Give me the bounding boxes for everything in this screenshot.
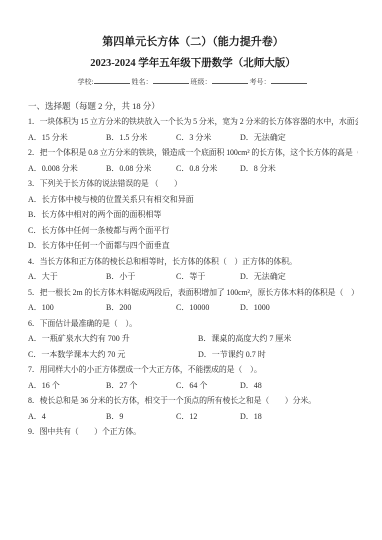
info-field-label-name: 姓名：: [131, 78, 152, 86]
option: D．一节课约 0.7 时: [198, 347, 348, 363]
option: B．小于: [106, 269, 176, 285]
info-blank-examno: [271, 75, 307, 84]
question: 4．当长方体和正方体的棱长总和相等时，长方体的体积（ ）正方体的体积。 A．大于…: [28, 254, 358, 285]
question-options: A．100B．200C．10000D．1000: [28, 300, 358, 316]
section-heading: 一、选择题（每题 2 分，共 18 分）: [28, 99, 358, 114]
option: A．4: [28, 409, 106, 425]
question-options: A．大于B．小于C．等于D．无法确定: [28, 269, 358, 285]
option: C．0.8 分米: [176, 161, 240, 177]
option: B．课桌的高度大约 7 厘米: [198, 331, 348, 347]
option: D．48: [240, 378, 358, 394]
question-stem: 8．棱长总和是 36 分米的长方体，相交于一个顶点的所有棱长之和是（ ）分米。: [28, 393, 358, 409]
option: C．长方体中任何一条棱都与两个面平行: [28, 223, 358, 239]
document-page: 第四单元长方体（二）（能力提升卷） 2023-2024 学年五年级下册数学（北师…: [0, 0, 382, 540]
option: A．15 分米: [28, 130, 106, 146]
question-options: A．0.008 分米B．0.08 分米C．0.8 分米D．8 分米: [28, 161, 358, 177]
question: 7．用同样大小的小正方体摆成一个大正方体，不能摆成的是（ ）。 A．16 个B．…: [28, 362, 358, 393]
option: D．无法确定: [240, 269, 358, 285]
question-stem: 7．用同样大小的小正方体摆成一个大正方体，不能摆成的是（ ）。: [28, 362, 358, 378]
option: B．9: [106, 409, 176, 425]
option: D．8 分米: [240, 161, 358, 177]
question: 2．把一个体积是 0.8 立方分米的铁块，锻造成一个底面积 100cm² 的长方…: [28, 145, 358, 176]
page-subtitle: 2023-2024 学年五年级下册数学（北师大版）: [28, 56, 358, 71]
option: A．长方体中棱与棱的位置关系只有相交和异面: [28, 192, 358, 208]
option: B．长方体中相对的两个面的面积相等: [28, 207, 358, 223]
page-title: 第四单元长方体（二）（能力提升卷）: [28, 34, 358, 50]
info-field-label-class: 班级：: [190, 78, 211, 86]
option: B．200: [106, 300, 176, 316]
question-stem: 1．一块体积为 15 立方分米的铁块放入一个长为 5 分米，宽为 2 分米的长方…: [28, 114, 358, 130]
student-info-line: 学校:姓名：班级：考号：: [28, 75, 358, 87]
question: 6．下面估计最准确的是（ ）。 A．一瓶矿泉水大约有 700 升B．课桌的高度大…: [28, 316, 358, 363]
option: D．1000: [240, 300, 358, 316]
option: C．64 个: [176, 378, 240, 394]
option: C．10000: [176, 300, 240, 316]
question-options: A．15 分米B．1.5 分米C．3 分米D．无法确定: [28, 130, 358, 146]
question-options: A．16 个B．27 个C．64 个D．48: [28, 378, 358, 394]
option: B．1.5 分米: [106, 130, 176, 146]
option: C．一本数学课本大约 70 元: [28, 347, 198, 363]
question-stem: 5．把一根长 2m 的长方体木料锯成两段后，表面积增加了 100cm²，原长方体…: [28, 285, 358, 301]
option: B．27 个: [106, 378, 176, 394]
option: A．100: [28, 300, 106, 316]
option: D．长方体中任何一个面都与四个面垂直: [28, 238, 358, 254]
option: A．大于: [28, 269, 106, 285]
question-stem: 3．下列关于长方体的说法错误的是 （ ）: [28, 176, 358, 192]
option: C．12: [176, 409, 240, 425]
question-options: A．4B．9C．12D．18: [28, 409, 358, 425]
question: 8．棱长总和是 36 分米的长方体，相交于一个顶点的所有棱长之和是（ ）分米。 …: [28, 393, 358, 424]
question-stem: 6．下面估计最准确的是（ ）。: [28, 316, 358, 332]
page-content: 第四单元长方体（二）（能力提升卷） 2023-2024 学年五年级下册数学（北师…: [0, 0, 382, 440]
option: A．0.008 分米: [28, 161, 106, 177]
option: A．一瓶矿泉水大约有 700 升: [28, 331, 198, 347]
option: C．等于: [176, 269, 240, 285]
question-stem: 4．当长方体和正方体的棱长总和相等时，长方体的体积（ ）正方体的体积。: [28, 254, 358, 270]
option: D．无法确定: [240, 130, 358, 146]
option: C．3 分米: [176, 130, 240, 146]
info-field-label-school: 学校:: [78, 78, 94, 86]
option: A．16 个: [28, 378, 106, 394]
question: 5．把一根长 2m 的长方体木料锯成两段后，表面积增加了 100cm²，原长方体…: [28, 285, 358, 316]
question: 3．下列关于长方体的说法错误的是 （ ） A．长方体中棱与棱的位置关系只有相交和…: [28, 176, 358, 254]
question-list: 1．一块体积为 15 立方分米的铁块放入一个长为 5 分米，宽为 2 分米的长方…: [28, 114, 358, 440]
info-blank-school: [94, 75, 130, 84]
question-options: A．一瓶矿泉水大约有 700 升B．课桌的高度大约 7 厘米C．一本数学课本大约…: [28, 331, 358, 362]
question: 1．一块体积为 15 立方分米的铁块放入一个长为 5 分米，宽为 2 分米的长方…: [28, 114, 358, 145]
info-blank-name: [153, 75, 189, 84]
info-blank-class: [212, 75, 248, 84]
info-field-label-examno: 考号：: [249, 78, 270, 86]
question-stem: 9．图中共有（ ）个正方体。: [28, 424, 358, 440]
question-stem: 2．把一个体积是 0.8 立方分米的铁块，锻造成一个底面积 100cm² 的长方…: [28, 145, 358, 161]
question: 9．图中共有（ ）个正方体。: [28, 424, 358, 440]
option: B．0.08 分米: [106, 161, 176, 177]
question-options: A．长方体中棱与棱的位置关系只有相交和异面B．长方体中相对的两个面的面积相等C．…: [28, 192, 358, 254]
option: D．18: [240, 409, 358, 425]
